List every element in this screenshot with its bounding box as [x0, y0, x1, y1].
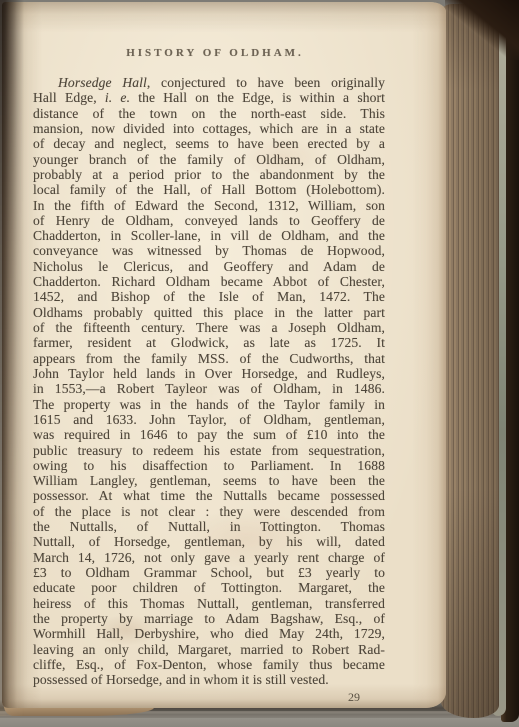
text-line: Nuttall, of Horsedge, gentleman, by his … — [33, 534, 385, 549]
text-segment: educate poor children of Tottington. Mar… — [33, 580, 385, 595]
text-segment: leaving an only child, Margaret, married… — [33, 642, 385, 657]
text-line: leaving an only child, Margaret, married… — [33, 642, 385, 657]
text-line: cliffe, Esq., of Fox-Denton, whose famil… — [33, 657, 385, 672]
book-page-photo: HISTORY OF OLDHAM. Horsedge Hall, conjec… — [0, 0, 519, 727]
running-header: HISTORY OF OLDHAM. — [20, 47, 410, 59]
text-line: Chadderton. Richard Oldham became Abbot … — [33, 274, 385, 289]
text-segment: probably at a period prior to the abando… — [33, 167, 385, 182]
text-line: distance of the town on the north-east s… — [33, 106, 385, 121]
text-line: Horsedge Hall, conjectured to have been … — [33, 75, 385, 90]
text-segment: younger branch of the family of Oldham, … — [33, 152, 385, 167]
text-segment: appears from the family MSS. of the Cudw… — [33, 351, 385, 366]
text-line: educate poor children of Tottington. Mar… — [33, 580, 385, 595]
text-line: 1615 and 1633. John Taylor, of Oldham, g… — [33, 412, 385, 427]
text-line: appears from the family MSS. of the Cudw… — [33, 351, 385, 366]
text-line: of decay and neglect, seems to have been… — [33, 136, 385, 151]
page-block-fore-edge — [441, 4, 499, 718]
text-line: Wormhill Hall, Derbyshire, who died May … — [33, 626, 385, 641]
text-segment: farmer, resident at Glodwick, as late as… — [33, 335, 385, 350]
text-line: the Nuttalls, of Nuttall, in Tottington.… — [33, 519, 385, 534]
text-line: farmer, resident at Glodwick, as late as… — [33, 335, 385, 350]
text-segment: of the place is not clear : they were de… — [33, 504, 385, 519]
text-segment: owing to his disaffection to Parliament.… — [33, 458, 385, 473]
text-line: possessor. At what time the Nuttalls bec… — [33, 488, 385, 503]
text-segment: the Hall on the Edge, is within a short — [130, 90, 385, 105]
text-line: probably at a period prior to the abando… — [33, 167, 385, 182]
text-segment: possessor. At what time the Nuttalls bec… — [33, 488, 385, 503]
text-line: John Taylor held lands in Over Horsedge,… — [33, 366, 385, 381]
text-segment: cliffe, Esq., of Fox-Denton, whose famil… — [33, 657, 385, 672]
text-line: In the fifth of Edward the Second, 1312,… — [33, 198, 385, 213]
page-number: 29 — [338, 690, 370, 705]
text-line: public treasury to redeem his estate fro… — [33, 443, 385, 458]
text-segment: Wormhill Hall, Derbyshire, who died May … — [33, 626, 385, 641]
text-segment: was required in 1646 to pay the sum of £… — [33, 427, 385, 442]
text-line: conveyance was witnessed by Thomas de Ho… — [33, 243, 385, 258]
text-line: possessed of Horsedge, and in whom it is… — [33, 672, 385, 687]
text-line: Oldhams probably quitted this place in t… — [33, 305, 385, 320]
text-line: owing to his disaffection to Parliament.… — [33, 458, 385, 473]
text-segment: £3 to Oldham Grammar School, but £3 year… — [33, 565, 385, 580]
text-segment: heiress of this Thomas Nuttall, gentlema… — [33, 596, 385, 611]
text-segment: In the fifth of Edward the Second, 1312,… — [33, 198, 385, 213]
text-line: mansion, now divided into cottages, whic… — [33, 121, 385, 136]
text-segment: Nuttall, of Horsedge, gentleman, by his … — [33, 534, 385, 549]
text-segment: the property by marriage to Adam Bagshaw… — [33, 611, 385, 626]
text-segment: Hall Edge, — [33, 90, 105, 105]
text-line: Nicholus le Clericus, and Geoffery and A… — [33, 259, 385, 274]
text-segment: , conjectured to have been originally — [147, 75, 385, 90]
cover-top-corner — [445, 0, 519, 60]
text-segment: Chadderton. Richard Oldham became Abbot … — [33, 274, 385, 289]
text-line: heiress of this Thomas Nuttall, gentlema… — [33, 596, 385, 611]
italic-text-segment: i. e. — [105, 90, 130, 105]
text-segment: Chadderton, in Scoller-lane, in vill de … — [33, 228, 385, 243]
text-line: of Henry de Oldham, conveyed lands to Ge… — [33, 213, 385, 228]
text-segment: of decay and neglect, seems to have been… — [33, 136, 385, 151]
text-segment: Oldhams probably quitted this place in t… — [33, 305, 385, 320]
text-segment: 1615 and 1633. John Taylor, of Oldham, g… — [33, 412, 385, 427]
text-line: in 1553,—a Robert Tayleor was of Oldham,… — [33, 381, 385, 396]
text-line: was required in 1646 to pay the sum of £… — [33, 427, 385, 442]
text-line: local family of the Hall, of Hall Bottom… — [33, 182, 385, 197]
text-segment: in 1553,—a Robert Tayleor was of Oldham,… — [33, 381, 385, 396]
text-line: March 14, 1726, not only gave a yearly r… — [33, 550, 385, 565]
text-line: William Langley, gentleman, seems to hav… — [33, 473, 385, 488]
text-line: the property by marriage to Adam Bagshaw… — [33, 611, 385, 626]
text-segment: of Henry de Oldham, conveyed lands to Ge… — [33, 213, 385, 228]
text-segment: The property was in the hands of the Tay… — [33, 397, 385, 412]
paper-page: HISTORY OF OLDHAM. Horsedge Hall, conjec… — [2, 2, 446, 708]
text-line: younger branch of the family of Oldham, … — [33, 152, 385, 167]
text-segment: Nicholus le Clericus, and Geoffery and A… — [33, 259, 385, 274]
italic-text-segment: Horsedge Hall — [58, 75, 147, 90]
text-line: £3 to Oldham Grammar School, but £3 year… — [33, 565, 385, 580]
text-line: of the fifteenth century. There was a Jo… — [33, 320, 385, 335]
text-line: of the place is not clear : they were de… — [33, 504, 385, 519]
text-segment: 1452, and Bishop of the Isle of Man, 147… — [33, 289, 385, 304]
text-segment: William Langley, gentleman, seems to hav… — [33, 473, 385, 488]
text-segment: March 14, 1726, not only gave a yearly r… — [33, 550, 385, 565]
text-segment: of the fifteenth century. There was a Jo… — [33, 320, 385, 335]
text-line: 1452, and Bishop of the Isle of Man, 147… — [33, 289, 385, 304]
text-segment: local family of the Hall, of Hall Bottom… — [33, 182, 385, 197]
text-segment: possessed of Horsedge, and in whom it is… — [33, 672, 329, 687]
text-line: Hall Edge, i. e. the Hall on the Edge, i… — [33, 90, 385, 105]
text-segment: distance of the town on the north-east s… — [33, 106, 385, 121]
text-segment: mansion, now divided into cottages, whic… — [33, 121, 385, 136]
text-segment: public treasury to redeem his estate fro… — [33, 443, 385, 458]
text-segment: the Nuttalls, of Nuttall, in Tottington.… — [33, 519, 385, 534]
body-text: Horsedge Hall, conjectured to have been … — [33, 75, 385, 688]
text-line: Chadderton, in Scoller-lane, in vill de … — [33, 228, 385, 243]
text-line: The property was in the hands of the Tay… — [33, 397, 385, 412]
text-segment: conveyance was witnessed by Thomas de Ho… — [33, 243, 385, 258]
text-segment: John Taylor held lands in Over Horsedge,… — [33, 366, 385, 381]
